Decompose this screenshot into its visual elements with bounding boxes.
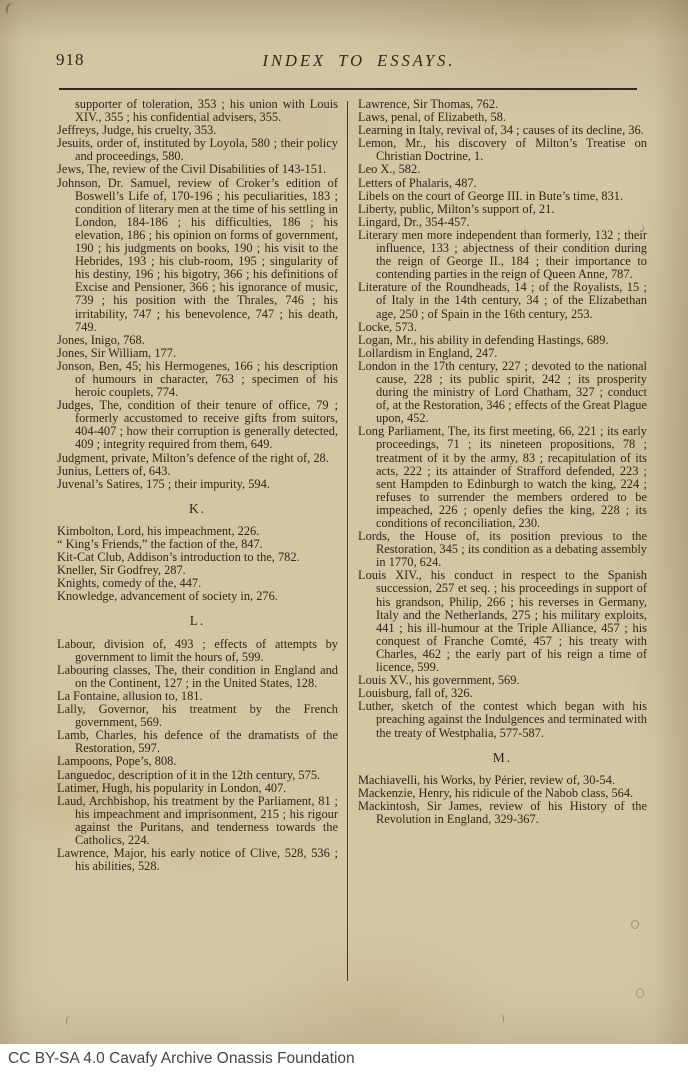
- index-entry: Jones, Inigo, 768.: [57, 334, 338, 347]
- section-heading: M.: [358, 751, 647, 764]
- book-page-scan: 918 INDEX TO ESSAYS. supporter of tolera…: [0, 0, 688, 1044]
- page-title: INDEX TO ESSAYS.: [30, 51, 688, 71]
- index-entry: Lingard, Dr., 354-457.: [358, 216, 647, 229]
- index-entry: Juvenal’s Satires, 175 ; their impurity,…: [57, 478, 338, 491]
- index-entry: Jones, Sir William, 177.: [57, 347, 338, 360]
- index-entry: Mackintosh, Sir James, review of his His…: [358, 800, 647, 826]
- index-entry: supporter of toleration, 353 ; his union…: [57, 98, 338, 124]
- index-entry: Letters of Phalaris, 487.: [358, 177, 647, 190]
- index-entry: Literary men more independent than forme…: [358, 229, 647, 281]
- index-entry: Lampoons, Pope’s, 808.: [57, 755, 338, 768]
- index-entry: Judges, The, condition of their tenure o…: [57, 399, 338, 451]
- index-entry: Johnson, Dr. Samuel, review of Croker’s …: [57, 177, 338, 334]
- index-entry: Louis XIV., his conduct in respect to th…: [358, 569, 647, 674]
- scan-artifact: [497, 1013, 505, 1023]
- page-header: 918 INDEX TO ESSAYS.: [0, 0, 688, 96]
- index-entry: Laud, Archbishop, his treatment by the P…: [57, 795, 338, 847]
- license-caption: CC BY-SA 4.0 Cavafy Archive Onassis Foun…: [0, 1044, 688, 1074]
- index-entry: Lollardism in England, 247.: [358, 347, 647, 360]
- index-entry: Lamb, Charles, his defence of the dramat…: [57, 729, 338, 755]
- index-entry: Leo X., 582.: [358, 163, 647, 176]
- index-entry: Locke, 573.: [358, 321, 647, 334]
- index-entry: Lawrence, Major, his early notice of Cli…: [57, 847, 338, 873]
- index-entry: Long Parliament, The, its first meeting,…: [358, 425, 647, 530]
- index-entry: Jews, The, review of the Civil Disabilit…: [57, 163, 338, 176]
- section-heading: L.: [57, 614, 338, 627]
- index-entry: Junius, Letters of, 643.: [57, 465, 338, 478]
- section-heading: K.: [57, 502, 338, 515]
- index-entry: Languedoc, description of it in the 12th…: [57, 769, 338, 782]
- index-entry: Jesuits, order of, instituted by Loyola,…: [57, 137, 338, 163]
- header-rule: [59, 88, 637, 90]
- index-entry: Lords, the House of, its position previo…: [358, 530, 647, 569]
- right-column: Lawrence, Sir Thomas, 762.Laws, penal, o…: [358, 98, 647, 981]
- index-entry: Mackenzie, Henry, his ridicule of the Na…: [358, 787, 647, 800]
- left-column: supporter of toleration, 353 ; his union…: [57, 98, 338, 981]
- scan-artifact: [638, 224, 644, 233]
- scan-artifact: [65, 1015, 75, 1026]
- index-entry: Literature of the Roundheads, 14 ; of th…: [358, 281, 647, 320]
- index-entry: Libels on the court of George III. in Bu…: [358, 190, 647, 203]
- index-entry: Knowledge, advancement of society in, 27…: [57, 590, 338, 603]
- index-entry: Lally, Governor, his treatment by the Fr…: [57, 703, 338, 729]
- index-entry: Logan, Mr., his ability in defending Has…: [358, 334, 647, 347]
- scan-artifact: [636, 988, 644, 998]
- index-entry: Latimer, Hugh, his popularity in London,…: [57, 782, 338, 795]
- index-entry: Machiavelli, his Works, by Périer, revie…: [358, 774, 647, 787]
- scan-artifact: [631, 920, 639, 929]
- index-entry: Lemon, Mr., his discovery of Milton’s Tr…: [358, 137, 647, 163]
- index-columns: supporter of toleration, 353 ; his union…: [57, 98, 647, 981]
- index-entry: Judgment, private, Milton’s defence of t…: [57, 452, 338, 465]
- index-entry: London in the 17th century, 227 ; devote…: [358, 360, 647, 425]
- index-entry: Luther, sketch of the contest which bega…: [358, 700, 647, 739]
- index-entry: Labouring classes, The, their condition …: [57, 664, 338, 690]
- index-entry: Jonson, Ben, 45; his Hermogenes, 166 ; h…: [57, 360, 338, 399]
- index-entry: Labour, division of, 493 ; effects of at…: [57, 638, 338, 664]
- column-divider-rule: [347, 101, 348, 981]
- index-entry: Liberty, public, Milton’s support of, 21…: [358, 203, 647, 216]
